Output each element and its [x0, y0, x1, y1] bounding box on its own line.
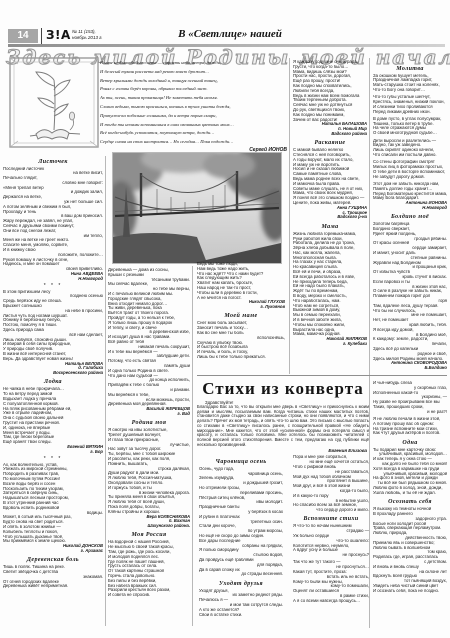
poem-title: Лодка — [3, 379, 103, 385]
poem-title: Чаровница осень — [199, 459, 283, 465]
poem-line: А я со всеми навсегда прощусь… — [293, 599, 369, 604]
poem-title: Вспомните стихи — [293, 516, 369, 522]
column-divider — [192, 266, 193, 626]
poem-line: что сердцу дорого и мило. — [293, 508, 369, 513]
poem-line: Лишь бы к тебе только прижаться. — [197, 355, 285, 360]
bridge-photo — [112, 152, 282, 264]
poem-line: Что списали им постыли давно. — [373, 153, 447, 158]
poem-title: Раскаяние — [293, 140, 367, 146]
poem-author: Н.Новгород — [373, 206, 447, 211]
envelope-left-column: Чаровница осеньОсень, чудо года,чаровниц… — [199, 455, 283, 617]
poem-title: Деревенская боль — [3, 557, 103, 563]
issue-info: № 11 (153), ноябрь 2013 г. — [72, 29, 103, 41]
ornament-illustration — [6, 56, 102, 150]
poem-author: Вадского района — [293, 132, 367, 137]
issue-date: ноябрь 2013 г. — [72, 35, 103, 41]
poem-line: Припусти-ка побольше солнышка, да и ветр… — [100, 112, 287, 121]
page-number: 14 — [17, 30, 28, 41]
poem-author: Вадского р-на — [293, 215, 367, 220]
envelope-section: Стихи из конверта Здравствуйте! Благодар… — [197, 378, 369, 455]
poem-line: Деревенька живёт неприметная. — [3, 584, 103, 589]
envelope-signature: Евгения Елизова — [197, 448, 367, 453]
stars-divider: * * * — [3, 282, 103, 290]
poem-line: Нынче не было бабьего лета — сырость неб… — [100, 59, 287, 68]
column-4: Я каждому году мне очень рада,Грусти, чт… — [293, 60, 367, 347]
poem-line: Свои в остатке стихи. — [199, 613, 283, 618]
poem-author: Воскресенского района — [3, 371, 103, 376]
poem-title: Моя Россия — [108, 532, 190, 538]
envelope-intro-letter: Благодарю Вас за то, что вы открыли мне … — [197, 405, 369, 447]
column-2: Деревенька — дома из сосны,Крыши с резны… — [108, 268, 190, 598]
poem-title: Листочек — [3, 159, 103, 165]
poem-line: Словно ведьма, тьмою красишься, копишь в… — [100, 103, 287, 112]
poem-line: И белесый туман рассвета над рекою вовсю… — [100, 68, 287, 77]
newspaper-page: 14 З!А № 11 (153), ноябрь 2013 г. В «Све… — [0, 0, 450, 638]
poem-line: И осознать себя, пока не поздно. — [373, 589, 447, 594]
poem-line: до страды весенней. — [199, 572, 283, 577]
column-1: ЛисточекПоследний листочекна ветке висит… — [3, 155, 103, 589]
poem-line: О своей многотрудной судьбе… — [373, 131, 447, 136]
poem-title: Родина моя — [108, 420, 190, 426]
leaf-sketch-icon — [6, 56, 102, 150]
lead-poem: Нынче не было бабьего лета — сырость неб… — [100, 59, 287, 153]
poem-title: Мама — [293, 224, 367, 230]
rubric-title: В «Светлице» нашей — [110, 28, 350, 40]
poem-title: Моей маме — [197, 313, 285, 319]
poem-title: Одна — [373, 440, 447, 446]
poem-line: Как чтут друзья актёров и поэтов. — [373, 431, 447, 436]
column-3: Ведь мы тоже люди,Нам ведь тоже надо жит… — [197, 262, 285, 360]
column-divider — [369, 58, 370, 628]
poem-author: Шахунского района. — [108, 524, 190, 529]
poem-line: И тогда ты ночами вспомнишься в снах око… — [100, 121, 287, 130]
poem-title: Болдино моё — [373, 214, 447, 220]
poem-author: г. Лукоянов — [197, 305, 285, 310]
poem-line: Сердце снова на стих настроится… Но сего… — [100, 138, 287, 147]
poem-author: г. Арзамас — [3, 549, 103, 554]
poem-line: Ветер крыльями дождь холодный и, танцуя … — [100, 77, 287, 86]
poem-line: Ронял с головы берёз короны, обрывал пос… — [100, 85, 287, 94]
poem-author: г. Вад — [108, 412, 190, 417]
section-divider — [197, 375, 447, 376]
poem-line: Ах ты, осень, такая проказница! Не замет… — [100, 94, 287, 103]
poem-author: г. Кулебаки — [293, 342, 367, 347]
column-divider — [105, 156, 106, 626]
poem-title: Осознать себя — [373, 499, 447, 505]
poem-line: Ушла любовь, и ты её не ждал. — [373, 491, 447, 496]
envelope-right-column: Пора и мне уже собраться,но мне ещё хоче… — [293, 455, 369, 603]
stars-divider: * * * — [3, 455, 103, 463]
poem-title: Уходят друзья — [199, 581, 283, 587]
column-5: МолитваЗа окошком бушует метель,Празднич… — [373, 62, 447, 594]
poem-line: И совета не спросив. — [108, 593, 190, 598]
poem-title: Молитва — [373, 66, 447, 72]
newspaper-logo: З!А — [46, 28, 71, 42]
masthead-divider — [41, 28, 42, 44]
page-number-box: 14 — [8, 29, 38, 43]
poem-line: Всё когда-нибудь успокоится, поутихнут в… — [100, 129, 287, 138]
bridge-photo-image — [113, 153, 281, 263]
envelope-section-title: Стихи из конверта — [197, 378, 369, 399]
column-divider — [289, 58, 290, 374]
